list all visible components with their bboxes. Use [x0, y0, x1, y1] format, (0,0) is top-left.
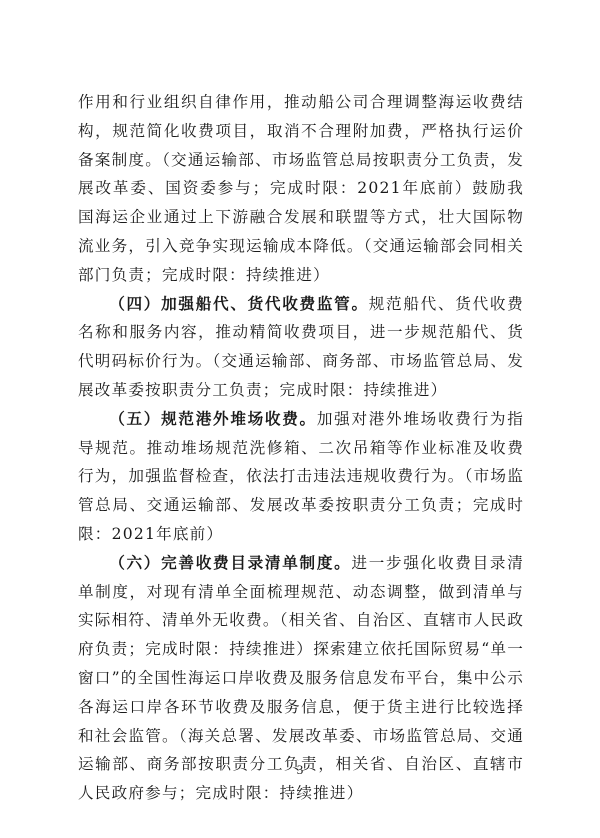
- document-page: 作用和行业组织自律作用，推动船公司合理调整海运收费结构，规范简化收费项目，取消不…: [78, 88, 524, 808]
- paragraph-text: 作用和行业组织自律作用，推动船公司合理调整海运收费结构，规范简化收费项目，取消不…: [78, 93, 524, 284]
- section-heading: （六）完善收费目录清单制度。: [109, 553, 351, 572]
- paragraph-section-4: （四）加强船代、货代收费监管。规范船代、货代收费名称和服务内容，推动精简收费项目…: [78, 290, 524, 405]
- paragraph-continuation: 作用和行业组织自律作用，推动船公司合理调整海运收费结构，规范简化收费项目，取消不…: [78, 88, 524, 290]
- section-heading: （五）规范港外堆场收费。: [109, 409, 317, 428]
- paragraph-section-5: （五）规范港外堆场收费。加强对港外堆场收费行为指导规范。推动堆场规范洗修箱、二次…: [78, 405, 524, 549]
- paragraph-text: 加强对港外堆场收费行为指导规范。推动堆场规范洗修箱、二次吊箱等作业标准及收费行为…: [78, 410, 524, 543]
- section-heading: （四）加强船代、货代收费监管。: [109, 294, 369, 313]
- page-number: 3: [0, 762, 600, 778]
